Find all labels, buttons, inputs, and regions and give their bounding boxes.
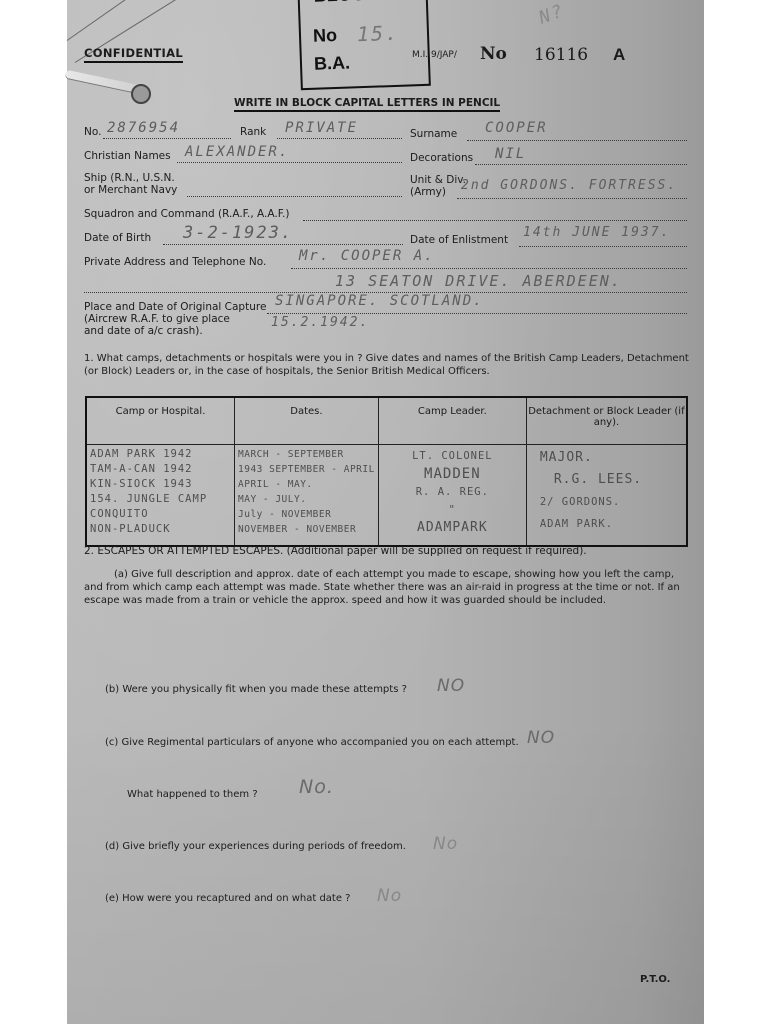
date-entry: MARCH - SEPTEMBER	[238, 447, 375, 462]
service-number-value[interactable]: 2876954	[107, 120, 180, 136]
series-letter: A	[613, 45, 625, 65]
capture-label-1: Place and Date of Original Capture	[84, 301, 266, 313]
form-number: 16116	[534, 45, 588, 65]
capture-place-value[interactable]: SINGAPORE. SCOTLAND.	[275, 293, 484, 309]
unit-value[interactable]: 2nd GORDONS. FORTRESS.	[461, 178, 677, 193]
eyelet-hole	[131, 84, 151, 104]
leader-entry: ADAMPARK	[382, 519, 523, 537]
date-entry: 1943 SEPTEMBER - APRIL	[238, 462, 375, 477]
christian-names-label: Christian Names	[84, 150, 171, 162]
leader-entry: R. A. REG.	[382, 483, 523, 501]
decorations-value[interactable]: NIL	[495, 146, 526, 162]
camp-entry: KIN-SIOCK 1943	[90, 477, 231, 492]
dates-cell[interactable]: MARCH - SEPTEMBER 1943 SEPTEMBER - APRIL…	[235, 445, 379, 547]
header-block-leader: Detachment or Block Leader (if any).	[526, 397, 687, 445]
table-header-row: Camp or Hospital. Dates. Camp Leader. De…	[86, 397, 687, 445]
section-2e-answer[interactable]: No	[377, 886, 402, 906]
page-crease	[67, 0, 141, 41]
ship-field[interactable]	[187, 196, 402, 197]
header-camp-leader: Camp Leader.	[378, 397, 526, 445]
number-label: No	[480, 44, 507, 64]
squadron-label: Squadron and Command (R.A.F., A.A.F.)	[84, 208, 290, 220]
unit-label-2: (Army)	[410, 186, 446, 198]
section-2d-question: (d) Give briefly your experiences during…	[105, 841, 406, 852]
block-leader-entry: 2/ GORDONS.	[540, 491, 683, 513]
address-line-1[interactable]: Mr. COOPER A.	[299, 248, 435, 264]
section-2c-followup-question: What happened to them ?	[127, 789, 258, 800]
address-line-2[interactable]: 13 SEATON DRIVE. ABERDEEN.	[335, 272, 622, 290]
section-2d-answer[interactable]: No	[433, 834, 458, 854]
camp-entry: 154. JUNGLE CAMP	[90, 492, 231, 507]
block-leader-entry: ADAM PARK.	[540, 513, 683, 535]
block-stamp: BLOCK No 15. B.A.	[297, 0, 431, 90]
camps-cell[interactable]: ADAM PARK 1942 TAM-A-CAN 1942 KIN-SIOCK …	[86, 445, 235, 547]
leader-entry: MADDEN	[382, 465, 523, 483]
capture-label-3: and date of a/c crash).	[84, 325, 203, 337]
surname-value[interactable]: COOPER	[485, 120, 548, 136]
rank-label: Rank	[240, 126, 266, 138]
instruction-heading: WRITE IN BLOCK CAPITAL LETTERS IN PENCIL	[234, 97, 500, 112]
date-entry: July - NOVEMBER	[238, 507, 375, 522]
capture-date-value[interactable]: 15.2.1942.	[271, 315, 369, 330]
leader-entry: LT. COLONEL	[382, 447, 523, 465]
leader-entry: "	[382, 501, 523, 519]
capture-label-2: (Aircrew R.A.F. to give place	[84, 313, 230, 325]
section-2b-answer[interactable]: NO	[437, 676, 465, 696]
dob-value[interactable]: 3-2-1923.	[183, 223, 293, 243]
pto-label: P.T.O.	[640, 974, 670, 985]
christian-names-value[interactable]: ALEXANDER.	[185, 144, 289, 160]
ship-label-1: Ship (R.N., U.S.N.	[84, 172, 175, 184]
section-1-question: 1. What camps, detachments or hospitals …	[84, 352, 689, 378]
section-2a-question: (a) Give full description and approx. da…	[84, 568, 689, 607]
section-2c-question: (c) Give Regimental particulars of anyon…	[105, 737, 519, 748]
section-2c-followup-answer[interactable]: No.	[299, 776, 334, 798]
camp-entry: CONQUITO	[90, 507, 231, 522]
enlistment-value[interactable]: 14th JUNE 1937.	[523, 225, 670, 240]
section-2c-answer[interactable]: NO	[527, 728, 555, 748]
block-leader-entry: MAJOR.	[540, 447, 683, 469]
date-entry: MAY - JULY.	[238, 492, 375, 507]
header-dates: Dates.	[235, 397, 379, 445]
rank-value[interactable]: PRIVATE	[285, 120, 358, 136]
camp-leader-cell[interactable]: LT. COLONEL MADDEN R. A. REG. " ADAMPARK	[378, 445, 526, 547]
service-number-label: No.	[84, 126, 101, 138]
stamp-ba-text: B.A.	[314, 53, 351, 75]
camp-entry: ADAM PARK 1942	[90, 447, 231, 462]
table-row: ADAM PARK 1942 TAM-A-CAN 1942 KIN-SIOCK …	[86, 445, 687, 547]
squadron-field[interactable]	[303, 220, 687, 221]
stamp-block-text: BLOCK	[313, 0, 378, 7]
date-entry: APRIL - MAY.	[238, 477, 375, 492]
section-2b-question: (b) Were you physically fit when you mad…	[105, 684, 407, 695]
block-leader-cell[interactable]: MAJOR. R.G. LEES. 2/ GORDONS. ADAM PARK.	[526, 445, 687, 547]
address-label: Private Address and Telephone No.	[84, 256, 266, 268]
stamp-number-label: No	[313, 25, 338, 47]
reference-prefix: M.I. 9/JAP/	[412, 50, 457, 60]
classification-label: CONFIDENTIAL	[84, 46, 183, 63]
enlistment-label: Date of Enlistment	[410, 234, 508, 246]
stamp-handwritten-number: 15.	[357, 21, 400, 46]
surname-label: Surname	[410, 128, 457, 140]
camps-table: Camp or Hospital. Dates. Camp Leader. De…	[85, 396, 688, 547]
ship-label-2: or Merchant Navy	[84, 184, 177, 196]
dob-label: Date of Birth	[84, 232, 151, 244]
section-2-title: 2. ESCAPES OR ATTEMPTED ESCAPES. (Additi…	[84, 545, 689, 558]
pow-questionnaire-page: CONFIDENTIAL BLOCK No 15. B.A. N? M.I. 9…	[67, 0, 704, 1024]
unit-label-1: Unit & Div.	[410, 174, 466, 186]
block-leader-entry: R.G. LEES.	[540, 469, 683, 491]
camp-entry: NON-PLADUCK	[90, 522, 231, 537]
camp-entry: TAM-A-CAN 1942	[90, 462, 231, 477]
decorations-label: Decorations	[410, 152, 473, 164]
date-entry: NOVEMBER - NOVEMBER	[238, 522, 375, 537]
top-handwriting: N?	[536, 0, 567, 29]
section-2e-question: (e) How were you recaptured and on what …	[105, 893, 351, 904]
header-camp-or-hospital: Camp or Hospital.	[86, 397, 235, 445]
